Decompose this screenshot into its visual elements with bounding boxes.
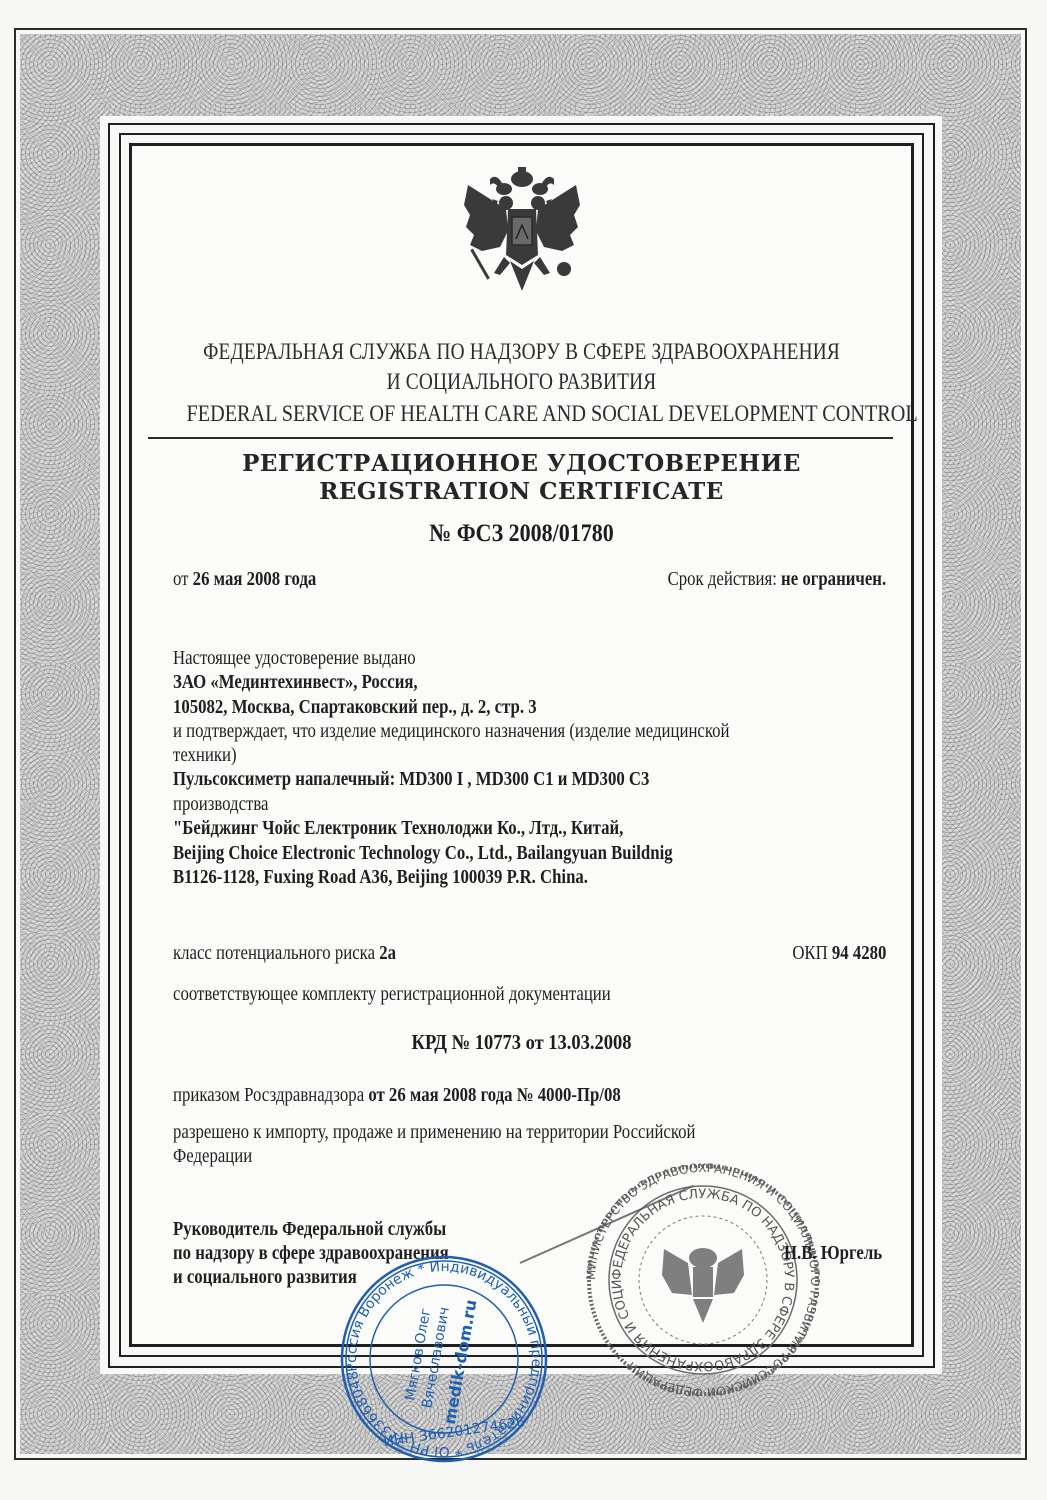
permission-line2: Федерации: [173, 1146, 252, 1168]
product-name: Пульсоксиметр напалечный: MD300 I , MD30…: [173, 769, 649, 791]
signatory-position-line1: Руководитель Федеральной службы: [173, 1219, 446, 1241]
signatory-name: Н.В. Юргель: [784, 1243, 882, 1265]
validity-value: не ограничен.: [781, 569, 886, 590]
confirms-line1: и подтверждает, что изделие медицинского…: [173, 721, 730, 743]
made-by-label: производства: [173, 794, 269, 816]
official-seal-stamp: МИНИСТЕРСТВО ЗДРАВООХРАНЕНИЯ И СОЦИАЛЬНО…: [568, 1163, 838, 1398]
certificate-page: ФЕДЕРАЛЬНАЯ СЛУЖБА ПО НАДЗОРУ В СФЕРЕ ЗД…: [0, 0, 1047, 1500]
krd-number: КРД № 10773 от 13.03.2008: [179, 1030, 865, 1055]
risk-class-value: 2а: [379, 943, 396, 964]
holder-address: 105082, Москва, Спартаковский пер., д. 2…: [173, 697, 537, 719]
reseller-stamp: Россия Воронеж * Индивидуальный предприн…: [324, 1239, 563, 1478]
order-value: от 26 мая 2008 года № 4000-Пр/08: [368, 1085, 620, 1106]
okp-value: 94 4280: [831, 943, 886, 964]
agency-name-ru-line2: И СОЦИАЛЬНОГО РАЗВИТИЯ: [194, 369, 848, 395]
confirms-line2: техники): [173, 745, 237, 767]
russian-double-headed-eagle-icon: [460, 165, 584, 293]
manufacturer-en-line1: Beijing Choice Electronic Technology Co.…: [173, 843, 673, 865]
certificate-title-ru: РЕГИСТРАЦИОННОЕ УДОСТОВЕРЕНИЕ: [132, 450, 911, 477]
okp-code: ОКП 94 4280: [792, 943, 886, 965]
holder-company: ЗАО «Мединтехинвест», Россия,: [173, 672, 418, 694]
issue-date-value: 26 мая 2008 года: [193, 569, 317, 590]
certificate-title-en: REGISTRATION CERTIFICATE: [132, 478, 911, 505]
order-reference: приказом Росздравнадзора от 26 мая 2008 …: [173, 1085, 621, 1107]
permission-line1: разрешено к импорту, продаже и применени…: [173, 1122, 696, 1144]
documentation-text: соответствующее комплекту регистрационно…: [173, 984, 611, 1006]
issue-date: от 26 мая 2008 года: [173, 569, 316, 591]
validity: Срок действия: не ограничен.: [667, 569, 886, 591]
manufacturer-ru: "Бейджинг Чойс Електроник Технолоджи Ко.…: [173, 818, 623, 840]
issued-to-intro: Настоящее удостоверение выдано: [173, 648, 416, 670]
header-divider: [148, 437, 893, 439]
agency-name-ru-line1: ФЕДЕРАЛЬНАЯ СЛУЖБА ПО НАДЗОРУ В СФЕРЕ ЗД…: [194, 339, 848, 365]
risk-class: класс потенциального риска 2а: [173, 943, 396, 965]
agency-name-en: FEDERAL SERVICE OF HEALTH CARE AND SOCIA…: [187, 401, 857, 428]
certificate-number: № ФСЗ 2008/01780: [179, 520, 865, 548]
manufacturer-en-line2: B1126-1128, Fuxing Road A36, Beijing 100…: [173, 867, 588, 889]
